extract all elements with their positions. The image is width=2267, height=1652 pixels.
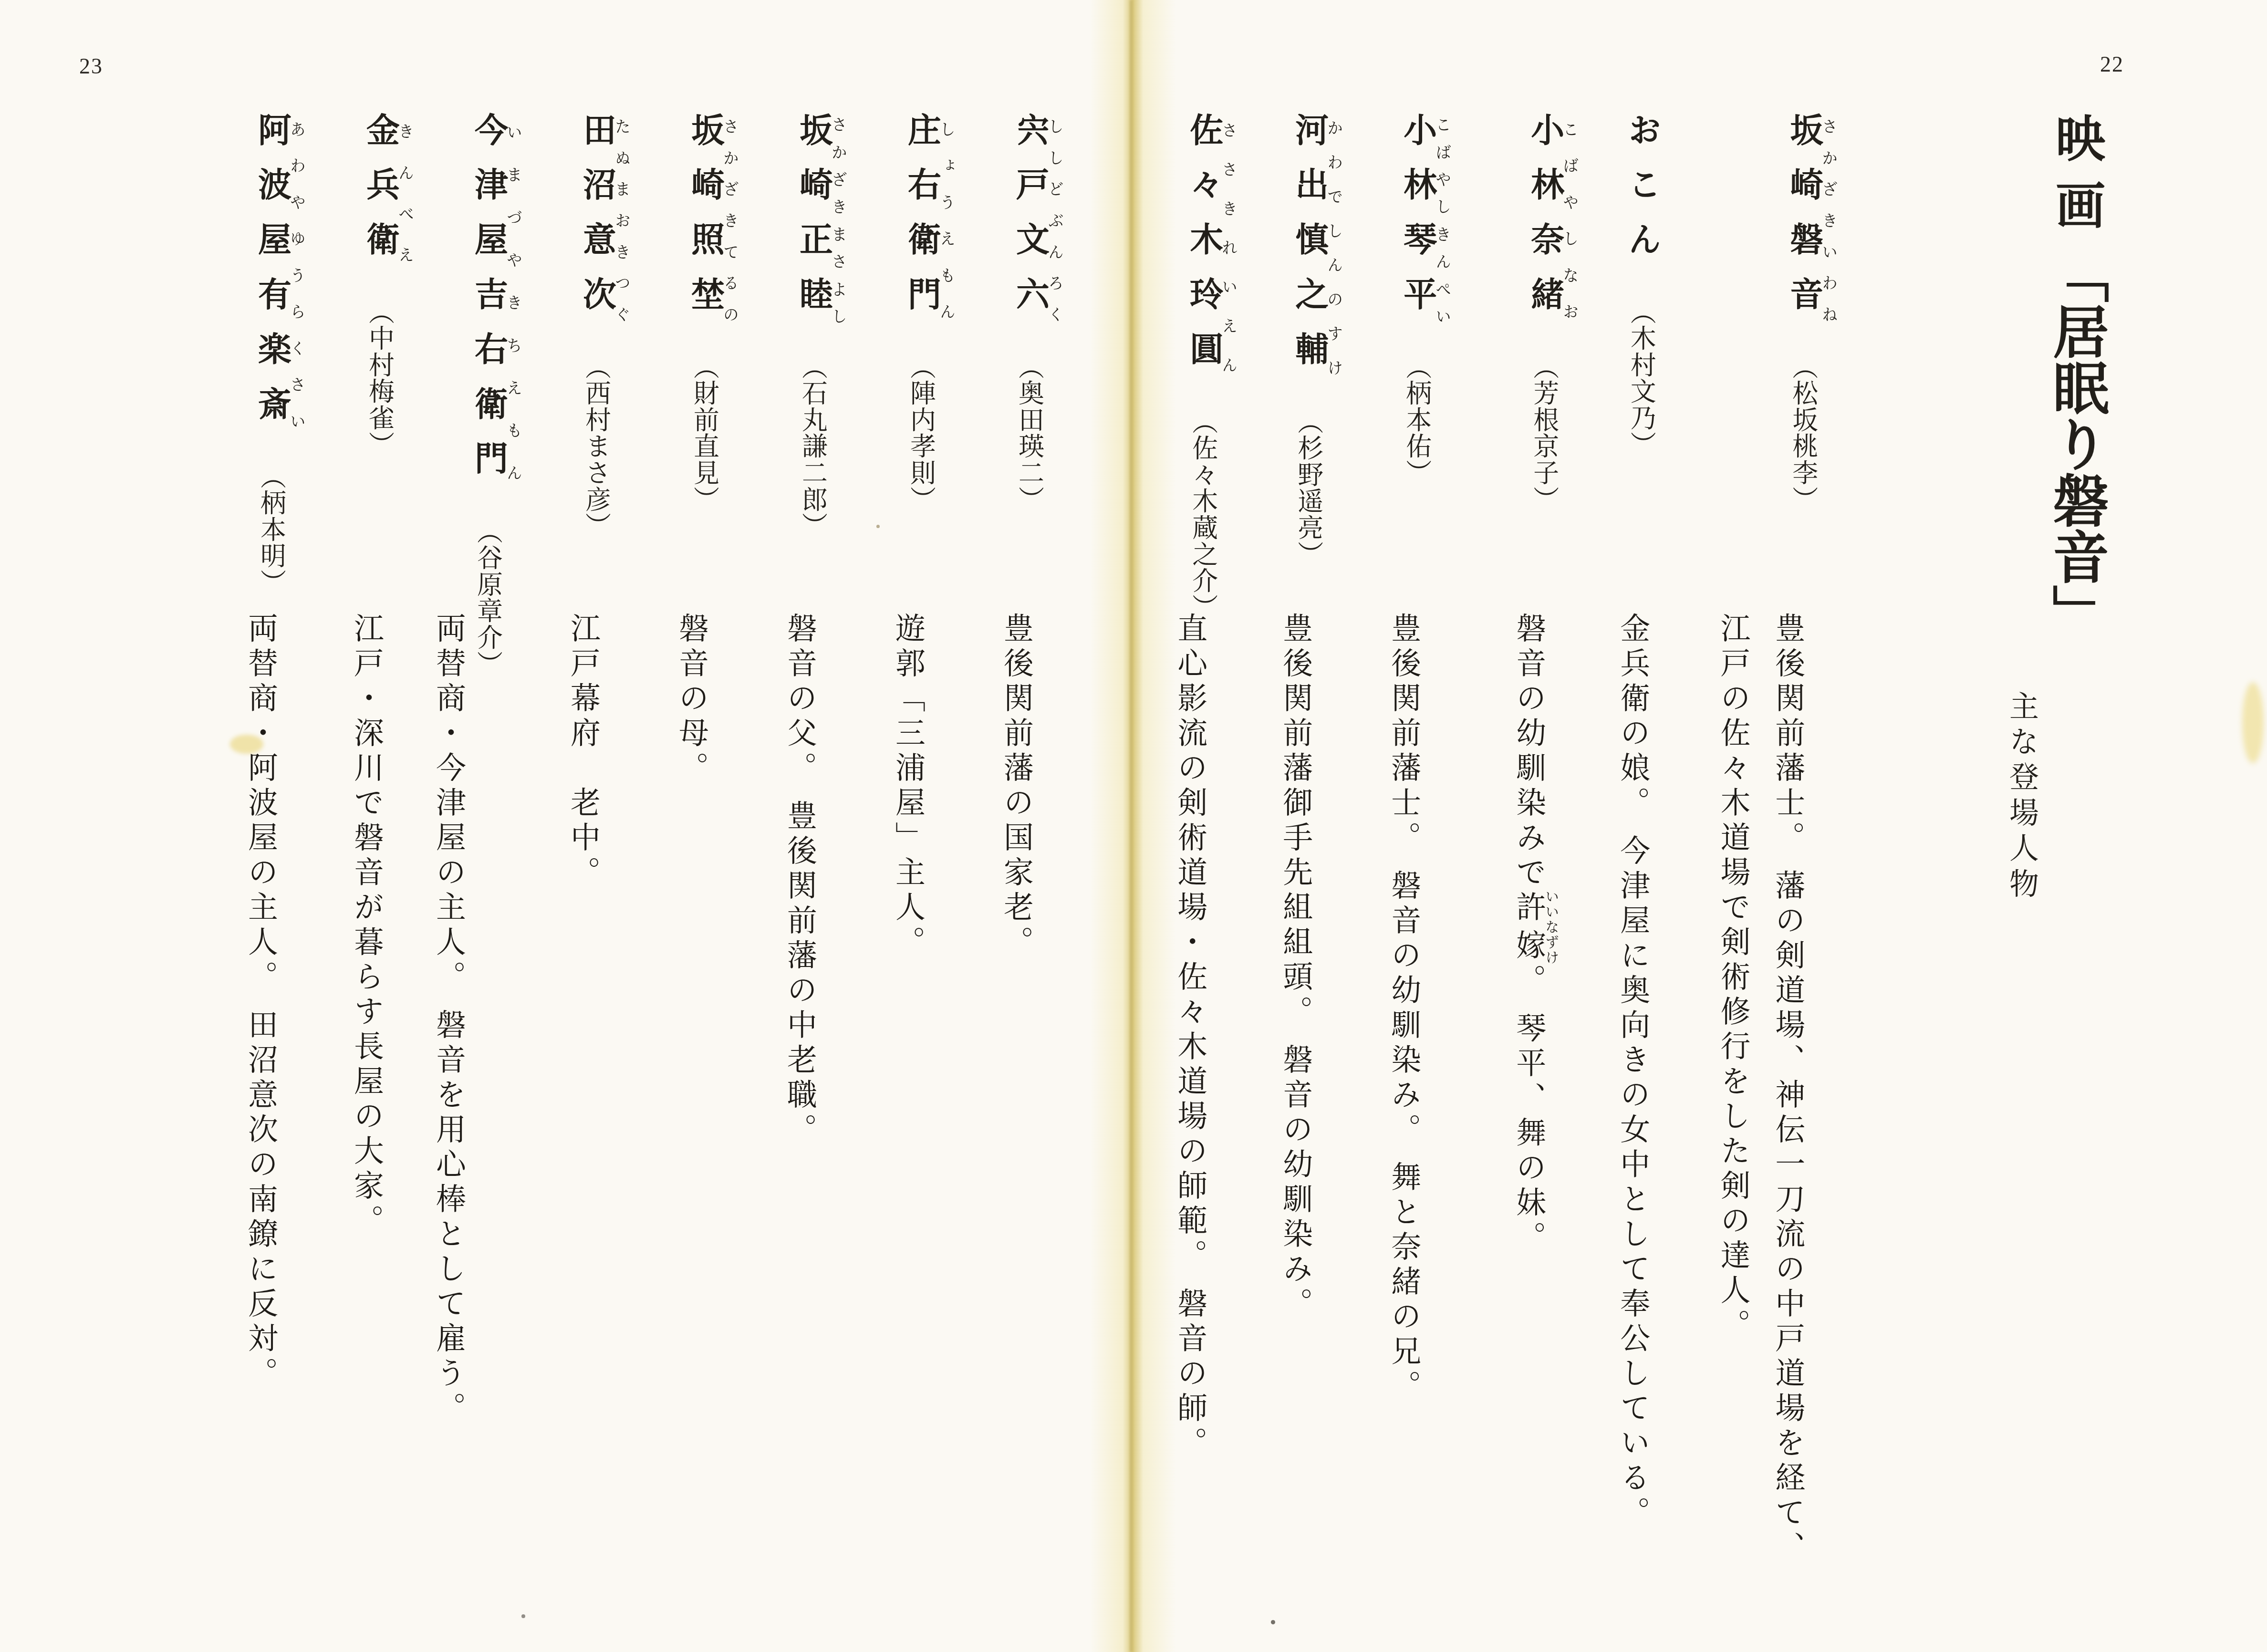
actor-name: （佐々木蔵之介） (1189, 408, 1217, 621)
name-reading-furigana: こばやしなお (1560, 113, 1578, 332)
movie-title-line: 映画「居眠り磐音」 (2039, 113, 2112, 1610)
character-name-text: 坂崎照埜 (686, 113, 723, 332)
name-reading-furigana: しょうえもん (937, 113, 955, 332)
scan-speck (1271, 1620, 1275, 1624)
page-number-right: 22 (2100, 52, 2124, 77)
actor-name: （財前直見） (690, 353, 719, 513)
character-header: 河出慎之輔かわでしんのすけ（杉野遥亮） (1290, 113, 1342, 568)
character-name: 小林琴平こばやしきんぺい (1399, 113, 1435, 332)
character-name: 小林奈緒こばやしなお (1526, 113, 1563, 332)
character-header: おこん（木村文乃） (1623, 113, 1660, 458)
actor-name: （中村梅雀） (365, 299, 394, 458)
name-reading-furigana: さかざきまさよし (829, 113, 846, 332)
name-reading-furigana: かわでしんのすけ (1325, 113, 1342, 386)
character-description: 金兵衛の娘。 今津屋に奥向きの女中として奉公している。 (1605, 613, 1660, 1614)
character-name: 坂崎照埜さかざきてるの (686, 113, 723, 332)
character-name: 宍戸文六ししどぶんろく (1011, 113, 1048, 332)
character-name-text: 佐々木玲圓 (1185, 113, 1222, 386)
character-name-text: 坂崎正睦 (795, 113, 832, 332)
character-header: 金兵衛きんべえ（中村梅雀） (362, 113, 413, 458)
character-name-text: 宍戸文六 (1011, 113, 1048, 332)
actor-name: （柄本佑） (1403, 353, 1431, 486)
character-description: 豊後関前藩御手先組組頭。 磐音の幼馴染み。 (1268, 613, 1323, 1614)
character-description: 江戸・深川で磐音が暮らす長屋の大家。 (339, 613, 394, 1614)
character-header: 庄右衛門しょうえもん（陣内孝則） (903, 113, 955, 513)
character-header: 坂崎磐音さかざきいわね（松坂桃李） (1785, 113, 1837, 513)
character-description: 遊郭「三浦屋」主人。 (880, 613, 935, 1614)
actor-name: （陣内孝則） (907, 353, 936, 513)
character-name-text: 庄右衛門 (903, 113, 940, 332)
character-entry: 今津屋吉右衛門いまづやきちえもん（谷原章介） 両替商・今津屋の主人。 磐音を用心… (430, 113, 521, 1568)
character-description: 両替商・今津屋の主人。 磐音を用心棒として雇う。 (421, 613, 476, 1614)
actor-name: （芳根京子） (1530, 353, 1559, 513)
page-number-left: 23 (79, 53, 103, 79)
character-header: 今津屋吉右衛門いまづやきちえもん（谷原章介） (470, 113, 521, 677)
description-ruby-term: 許嫁いいなずけ (1512, 891, 1545, 964)
character-name: 坂崎正睦さかざきまさよし (795, 113, 832, 332)
character-description: 豊後関前藩士。 磐音の幼馴染み。 舞と奈緒の兄。 (1376, 613, 1431, 1614)
left-page-content: 宍戸文六ししどぶんろく（奥田瑛二） 豊後関前藩の国家老。 庄右衛門しょうえもん（… (235, 113, 1062, 1610)
character-description: 磐音の父。 豊後関前藩の中老職。 (772, 613, 827, 1614)
name-reading-furigana: こばやしきんぺい (1433, 113, 1450, 332)
actor-name: （奥田瑛二） (1015, 353, 1044, 513)
character-entry: 坂崎磐音さかざきいわね（松坂桃李） 豊後関前藩士。 藩の剣道場、神伝一刀流の中戸… (1717, 113, 1836, 1568)
character-header: 宍戸文六ししどぶんろく（奥田瑛二） (1011, 113, 1063, 513)
page-gutter-crease (1130, 0, 1133, 1652)
character-entry: 庄右衛門しょうえもん（陣内孝則） 遊郭「三浦屋」主人。 (892, 113, 954, 1568)
scan-speck (2242, 682, 2264, 763)
character-name: 河出慎之輔かわでしんのすけ (1290, 113, 1327, 386)
actor-name: （杉野遥亮） (1294, 408, 1323, 568)
actor-name: （谷原章介） (474, 518, 502, 677)
character-name: 阿波屋有楽斎あわやゆうらくさい (253, 113, 290, 441)
character-name-text: 阿波屋有楽斎 (253, 113, 290, 441)
character-name: おこん (1623, 113, 1660, 277)
character-header: 佐々木玲圓ささきれいえん（佐々木蔵之介） (1185, 113, 1237, 621)
title-block: 映画「居眠り磐音」 主な登場人物 (2003, 113, 2112, 1610)
character-entry: 小林奈緒こばやしなお（芳根京子） 磐音の幼馴染みで許嫁いいなずけ。 琴平、舞の妹… (1515, 113, 1577, 1568)
character-entry: 阿波屋有楽斎あわやゆうらくさい（柄本明） 両替商・阿波屋の主人。 田沼意次の南鐐… (235, 113, 304, 1568)
character-name-text: 河出慎之輔 (1290, 113, 1327, 386)
character-entry: 坂崎正睦さかざきまさよし（石丸謙二郎） 磐音の父。 豊後関前藩の中老職。 (784, 113, 846, 1568)
character-description: 直心影流の剣術道場・佐々木道場の師範。 磐音の師。 (1163, 613, 1217, 1614)
book-spread: { "book_spread": { "right_page_number": … (0, 0, 2267, 1652)
character-entry: 河出慎之輔かわでしんのすけ（杉野遥亮） 豊後関前藩御手先組組頭。 磐音の幼馴染み… (1279, 113, 1341, 1568)
character-description: 豊後関前藩士。 藩の剣道場、神伝一刀流の中戸道場を経て、江戸の佐々木道場で剣術修… (1705, 613, 1815, 1614)
character-name-text: 小林奈緒 (1526, 113, 1563, 332)
name-reading-furigana: きんべえ (396, 113, 413, 277)
name-reading-furigana: たぬまおきつぐ (613, 113, 630, 332)
name-reading-furigana: さかざきてるの (721, 113, 738, 332)
character-name-text: 田沼意次 (578, 113, 615, 332)
character-entry: 佐々木玲圓ささきれいえん（佐々木蔵之介） 直心影流の剣術道場・佐々木道場の師範。… (1174, 113, 1236, 1568)
character-entry: 金兵衛きんべえ（中村梅雀） 江戸・深川で磐音が暮らす長屋の大家。 (351, 113, 413, 1568)
page-title: 「居眠り磐音」 (2044, 247, 2107, 641)
actor-name: （松坂桃李） (1789, 353, 1818, 513)
character-header: 阿波屋有楽斎あわやゆうらくさい（柄本明） (253, 113, 305, 596)
scan-speck (521, 1614, 525, 1618)
character-description: 江戸幕府 老中。 (555, 613, 610, 1614)
subtitle: 主な登場人物 (2003, 113, 2038, 1610)
character-description: 磐音の母。 (664, 613, 718, 1614)
character-name: 金兵衛きんべえ (362, 113, 398, 277)
title-prefix: 映画 (2048, 113, 2103, 247)
character-name-text: おこん (1623, 113, 1660, 277)
actor-name: （石丸謙二郎） (799, 353, 827, 539)
name-reading-furigana: あわやゆうらくさい (288, 113, 305, 441)
character-name-text: 坂崎磐音 (1785, 113, 1822, 332)
name-reading-furigana: さかざきいわね (1820, 113, 1837, 332)
character-name: 今津屋吉右衛門いまづやきちえもん (470, 113, 507, 496)
character-name-text: 金兵衛 (362, 113, 398, 277)
character-entry: 宍戸文六ししどぶんろく（奥田瑛二） 豊後関前藩の国家老。 (1000, 113, 1062, 1568)
character-entry: 小林琴平こばやしきんぺい（柄本佑） 豊後関前藩士。 磐音の幼馴染み。 舞と奈緒の… (1388, 113, 1450, 1568)
character-description: 豊後関前藩の国家老。 (988, 613, 1043, 1614)
character-name-text: 小林琴平 (1399, 113, 1435, 332)
character-header: 坂崎正睦さかざきまさよし（石丸謙二郎） (795, 113, 846, 540)
right-page-content: 映画「居眠り磐音」 主な登場人物 坂崎磐音さかざきいわね（松坂桃李） 豊後関前藩… (1174, 113, 2112, 1610)
character-description: 磐音の幼馴染みで許嫁いいなずけ。 琴平、舞の妹。 (1501, 613, 1559, 1614)
character-header: 田沼意次たぬまおきつぐ（西村まさ彦） (578, 113, 630, 540)
character-entry: 坂崎照埜さかざきてるの（財前直見） 磐音の母。 (676, 113, 738, 1568)
character-header: 小林琴平こばやしきんぺい（柄本佑） (1399, 113, 1450, 486)
character-name: 佐々木玲圓ささきれいえん (1185, 113, 1222, 386)
name-reading-furigana: ししどぶんろく (1046, 113, 1063, 332)
actor-name: （木村文乃） (1627, 299, 1655, 458)
character-entry: 田沼意次たぬまおきつぐ（西村まさ彦） 江戸幕府 老中。 (567, 113, 629, 1568)
actor-name: （西村まさ彦） (582, 353, 611, 539)
actor-name: （柄本明） (257, 463, 286, 596)
name-reading-furigana: いまづやきちえもん (504, 113, 521, 496)
character-name: 坂崎磐音さかざきいわね (1785, 113, 1822, 332)
character-name: 庄右衛門しょうえもん (903, 113, 940, 332)
character-header: 小林奈緒こばやしなお（芳根京子） (1526, 113, 1578, 513)
character-header: 坂崎照埜さかざきてるの（財前直見） (686, 113, 738, 513)
character-name: 田沼意次たぬまおきつぐ (578, 113, 615, 332)
character-description: 両替商・阿波屋の主人。 田沼意次の南鐐に反対。 (233, 613, 288, 1614)
character-entry: おこん（木村文乃） 金兵衛の娘。 今津屋に奥向きの女中として奉公している。 (1603, 113, 1660, 1568)
character-name-text: 今津屋吉右衛門 (470, 113, 507, 496)
name-reading-furigana: ささきれいえん (1219, 113, 1237, 386)
